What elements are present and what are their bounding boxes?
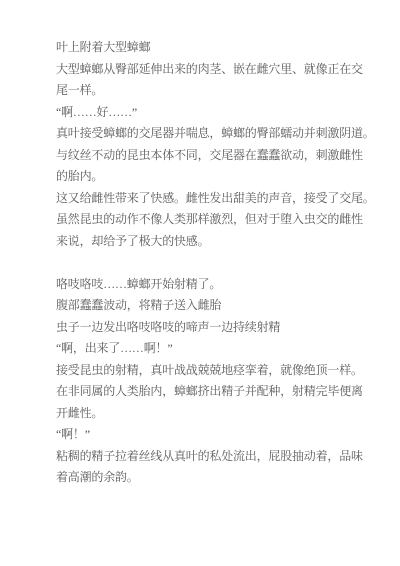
text-line: “啊！” bbox=[56, 424, 372, 446]
text-line: 接受昆虫的射精，真叶战战兢兢地痉挛着，就像绝顶一样。 bbox=[56, 360, 372, 382]
text-line: 大型蟑螂从臀部延伸出来的肉茎、嵌在雌穴里、就像正在交 bbox=[56, 59, 372, 81]
text-line: 与纹丝不动的昆虫本体不同，交尾器在蠢蠢欲动，刺激雌性 bbox=[56, 145, 372, 167]
text-line: “啊……好……” bbox=[56, 102, 372, 124]
document-page: 叶上附着大型蟑螂大型蟑螂从臀部延伸出来的肉茎、嵌在雌穴里、就像正在交尾一样。“啊… bbox=[0, 0, 400, 566]
text-line: 来说，却给予了极大的快感。 bbox=[56, 231, 372, 253]
text-line: 真叶接受蟑螂的交尾器并喘息，蟑螂的臀部蠕动并刺激阴道。 bbox=[56, 123, 372, 145]
text-block: 叶上附着大型蟑螂大型蟑螂从臀部延伸出来的肉茎、嵌在雌穴里、就像正在交尾一样。“啊… bbox=[56, 37, 372, 489]
text-line: 这又给雌性带来了快感。雌性发出甜美的声音，接受了交尾。 bbox=[56, 188, 372, 210]
text-line: 腹部蠢蠢波动，将精子送入雌胎 bbox=[56, 295, 372, 317]
text-line: 着高潮的余韵。 bbox=[56, 467, 372, 489]
text-line: 咯吱咯吱……蟑螂开始射精了。 bbox=[56, 274, 372, 296]
text-line: “啊，出来了……啊！” bbox=[56, 338, 372, 360]
blank-line bbox=[56, 252, 372, 274]
text-line: 虽然昆虫的动作不像人类那样激烈，但对于堕入虫交的雌性 bbox=[56, 209, 372, 231]
text-line: 在非同属的人类胎内，蟑螂挤出精子并配种，射精完毕便离 bbox=[56, 381, 372, 403]
text-line: 虫子一边发出咯吱咯吱的啼声一边持续射精 bbox=[56, 317, 372, 339]
text-line: 粘稠的精子拉着丝线从真叶的私处流出，屁股抽动着，品味 bbox=[56, 446, 372, 468]
text-line: 开雌性。 bbox=[56, 403, 372, 425]
text-line: 尾一样。 bbox=[56, 80, 372, 102]
text-line: 的胎内。 bbox=[56, 166, 372, 188]
text-line: 叶上附着大型蟑螂 bbox=[56, 37, 372, 59]
